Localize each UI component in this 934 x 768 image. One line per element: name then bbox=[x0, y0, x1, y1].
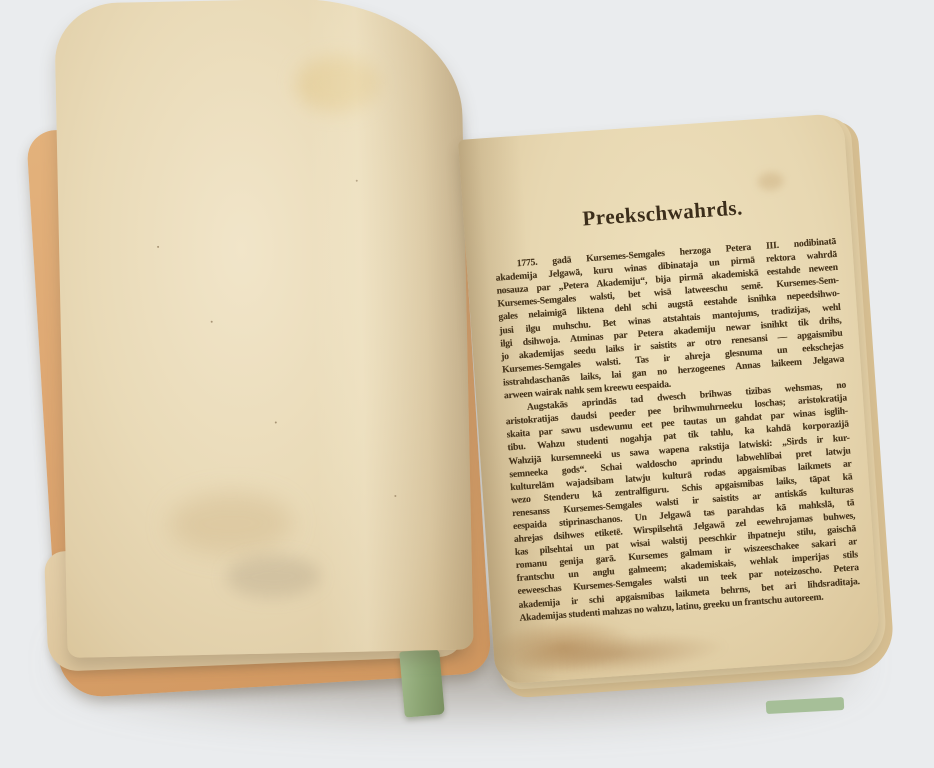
paper-speckle bbox=[394, 495, 396, 497]
page-stain bbox=[168, 491, 293, 556]
paragraph-2: Augstakās aprindās tad dwesch brihwas ti… bbox=[504, 379, 861, 625]
green-cover-sliver bbox=[766, 697, 845, 714]
right-page: Preekschwahrds. 1775. gadā Kursemes-Semg… bbox=[458, 113, 881, 685]
left-page bbox=[54, 0, 474, 658]
page-stain bbox=[226, 555, 321, 599]
page-title: Preekschwahrds. bbox=[491, 190, 834, 237]
page-stain bbox=[295, 55, 380, 113]
paper-speckle bbox=[157, 246, 159, 248]
paper-speckle bbox=[275, 421, 277, 423]
spine-strip-green bbox=[399, 648, 445, 717]
page-text: Preekschwahrds. 1775. gadā Kursemes-Semg… bbox=[458, 113, 881, 685]
paper-speckle bbox=[211, 321, 213, 323]
paragraph-1: 1775. gadā Kursemes-Semgales herzoga Pet… bbox=[494, 235, 845, 403]
paper-speckle bbox=[356, 180, 358, 182]
